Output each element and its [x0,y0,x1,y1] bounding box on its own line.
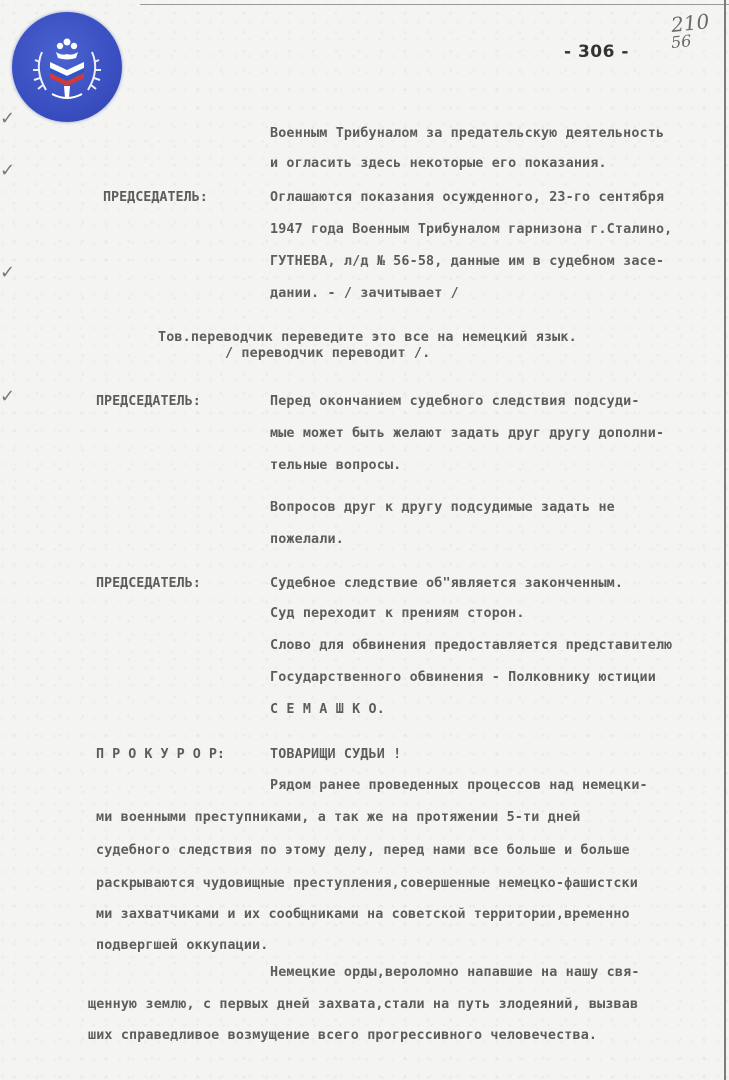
text-line: щенную землю, с первых дней захвата,стал… [88,997,638,1012]
speaker-label-prosecutor: П Р О К У Р О Р: [96,747,225,762]
speech-heading: ТОВАРИЩИ СУДЬИ ! [270,747,401,762]
text-line: ми захватчиками и их сообщниками на сове… [96,907,630,922]
speaker-label-chairman: ПРЕДСЕДАТЕЛЬ: [96,576,201,591]
handwritten-archive-number: 210 56 [670,12,712,52]
text-line: Оглашаются показания осужденного, 23-го … [270,190,664,205]
text-line: Немецкие орды,вероломно напавшие на нашу… [270,965,640,980]
text-line: 1947 года Военным Трибуналом гарнизона г… [270,222,672,237]
text-line: Судебное следствие об"является законченн… [270,576,623,591]
emblem-logo-icon [12,12,122,122]
text-line: Тов.переводчик переведите это все на нем… [158,330,577,345]
page-right-edge [724,0,726,1080]
speaker-label-chairman: ПРЕДСЕДАТЕЛЬ: [103,190,208,205]
text-line: Суд переходит к прениям сторон. [270,606,525,621]
text-line: ми военными преступниками, а так же на п… [96,810,581,825]
text-line: Рядом ранее проведенных процессов над не… [270,778,648,793]
text-line: Слово для обвинения предоставляется пред… [270,638,672,653]
text-line: Перед окончанием судебного следствия под… [270,394,640,409]
checkmark-icon: ✓ [0,160,15,181]
text-line: тельные вопросы. [270,458,401,473]
text-line: ГУТНЕВА, л/д № 56-58, данные им в судебн… [270,254,664,269]
text-line: раскрываются чудовищные преступления,сов… [96,876,638,891]
text-line: пожелали. [270,532,344,547]
text-line: ших справедливое возмущение всего прогре… [88,1028,597,1043]
text-line: и огласить здесь некоторые его показания… [270,156,607,171]
text-line: Военным Трибуналом за предательскую деят… [270,126,664,141]
text-line: мые может быть желают задать друг другу … [270,426,664,441]
checkmark-icon: ✓ [0,386,15,407]
text-line: / переводчик переводит /. [225,346,430,361]
page-number: - 306 - [564,42,629,62]
speaker-label-chairman: ПРЕДСЕДАТЕЛЬ: [96,394,201,409]
document-page: - 306 - 210 56 Военным Трибуналом за пре… [0,0,729,1080]
page-top-edge [140,4,729,5]
archive-number-top: 210 [670,12,710,34]
checkmark-icon: ✓ [0,108,15,129]
text-line: дании. - / зачитывает / [270,286,459,301]
text-line: Вопросов друг к другу подсудимые задать … [270,500,615,515]
checkmark-icon: ✓ [0,262,15,283]
text-line: Государственного обвинения - Полковнику … [270,670,656,685]
text-line: подвергшей оккупации. [96,938,268,953]
text-line: судебного следствия по этому делу, перед… [96,843,630,858]
text-line: С Е М А Ш К О. [270,702,385,717]
